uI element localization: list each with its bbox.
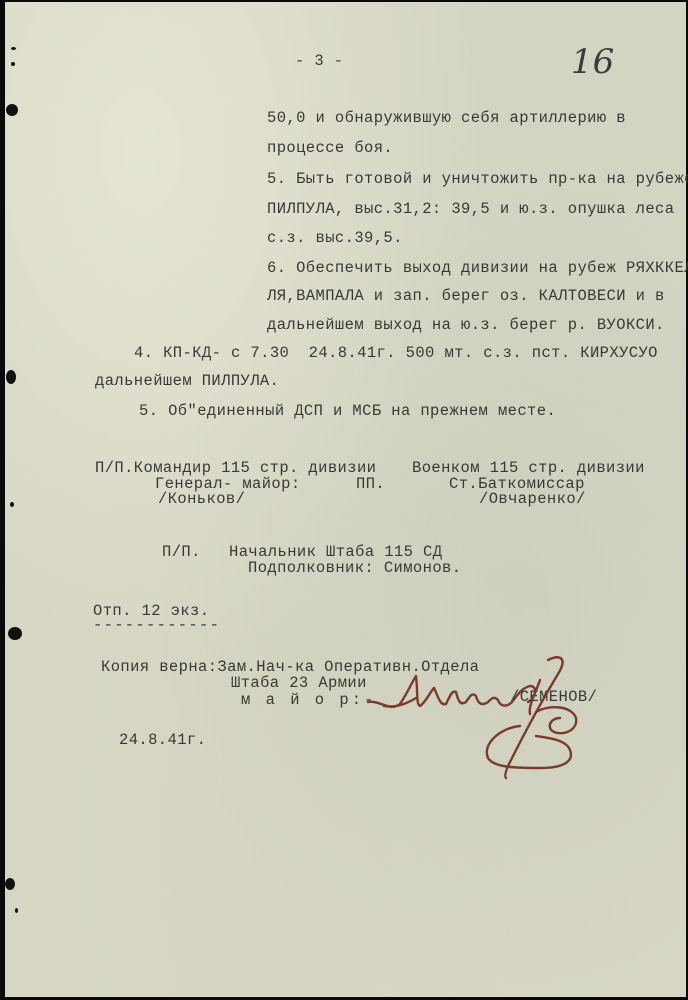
commander-name: /Коньков/ (158, 490, 245, 508)
copies-rule: ------------ (93, 616, 220, 634)
handwritten-signature (360, 652, 600, 787)
item-4-line-1: 4. КП-КД- с 7.30 24.8.41г. 500 мт. с.з. … (134, 344, 658, 362)
document-page: - 3 - 16 50,0 и обнаружившую себя артилл… (5, 2, 686, 997)
item-5: 5. Об"единенный ДСП и МСБ на прежнем мес… (139, 402, 556, 420)
chief-rank-name: Подполковник: Симонов. (248, 559, 461, 577)
archive-folio-number: 16 (571, 42, 614, 82)
body-line: ЛЯ,ВАМПАЛА и зап. берег оз. КАЛТОВЕСИ и … (267, 287, 665, 305)
binding-hole (8, 627, 22, 640)
binding-mark (15, 908, 18, 913)
binding-mark (11, 47, 16, 50)
binding-mark (11, 62, 15, 66)
certification-line-2: Штаба 23 Армии (231, 674, 367, 692)
certification-date: 24.8.41г. (119, 731, 206, 749)
body-line: 6. Обеспечить выход дивизии на рубеж РЯХ… (267, 259, 688, 277)
body-line: с.з. выс.39,5. (267, 229, 403, 247)
binding-hole (6, 104, 18, 116)
binding-hole (5, 878, 15, 890)
certification-line-3: м а й о р:- (241, 691, 376, 709)
item-4-line-2: дальнейшем ПИЛПУЛА. (95, 372, 279, 390)
page-number: - 3 - (295, 52, 344, 70)
commissar-pp: ПП. (356, 475, 385, 493)
body-line: 50,0 и обнаружившую себя артиллерию в (267, 109, 626, 127)
body-line: процессе боя. (267, 139, 393, 157)
chief-pp: П/П. (162, 543, 201, 561)
body-line: 5. Быть готовой и уничтожить пр-ка на ру… (267, 170, 688, 188)
body-line: ПИЛПУЛА, выс.31,2: 39,5 и ю.з. опушка ле… (267, 200, 674, 218)
body-line: дальнейшем выход на ю.з. берег р. ВУОКСИ… (267, 316, 665, 334)
binding-mark (10, 502, 14, 507)
binding-hole (6, 370, 16, 384)
commissar-name: /Овчаренко/ (479, 490, 586, 508)
